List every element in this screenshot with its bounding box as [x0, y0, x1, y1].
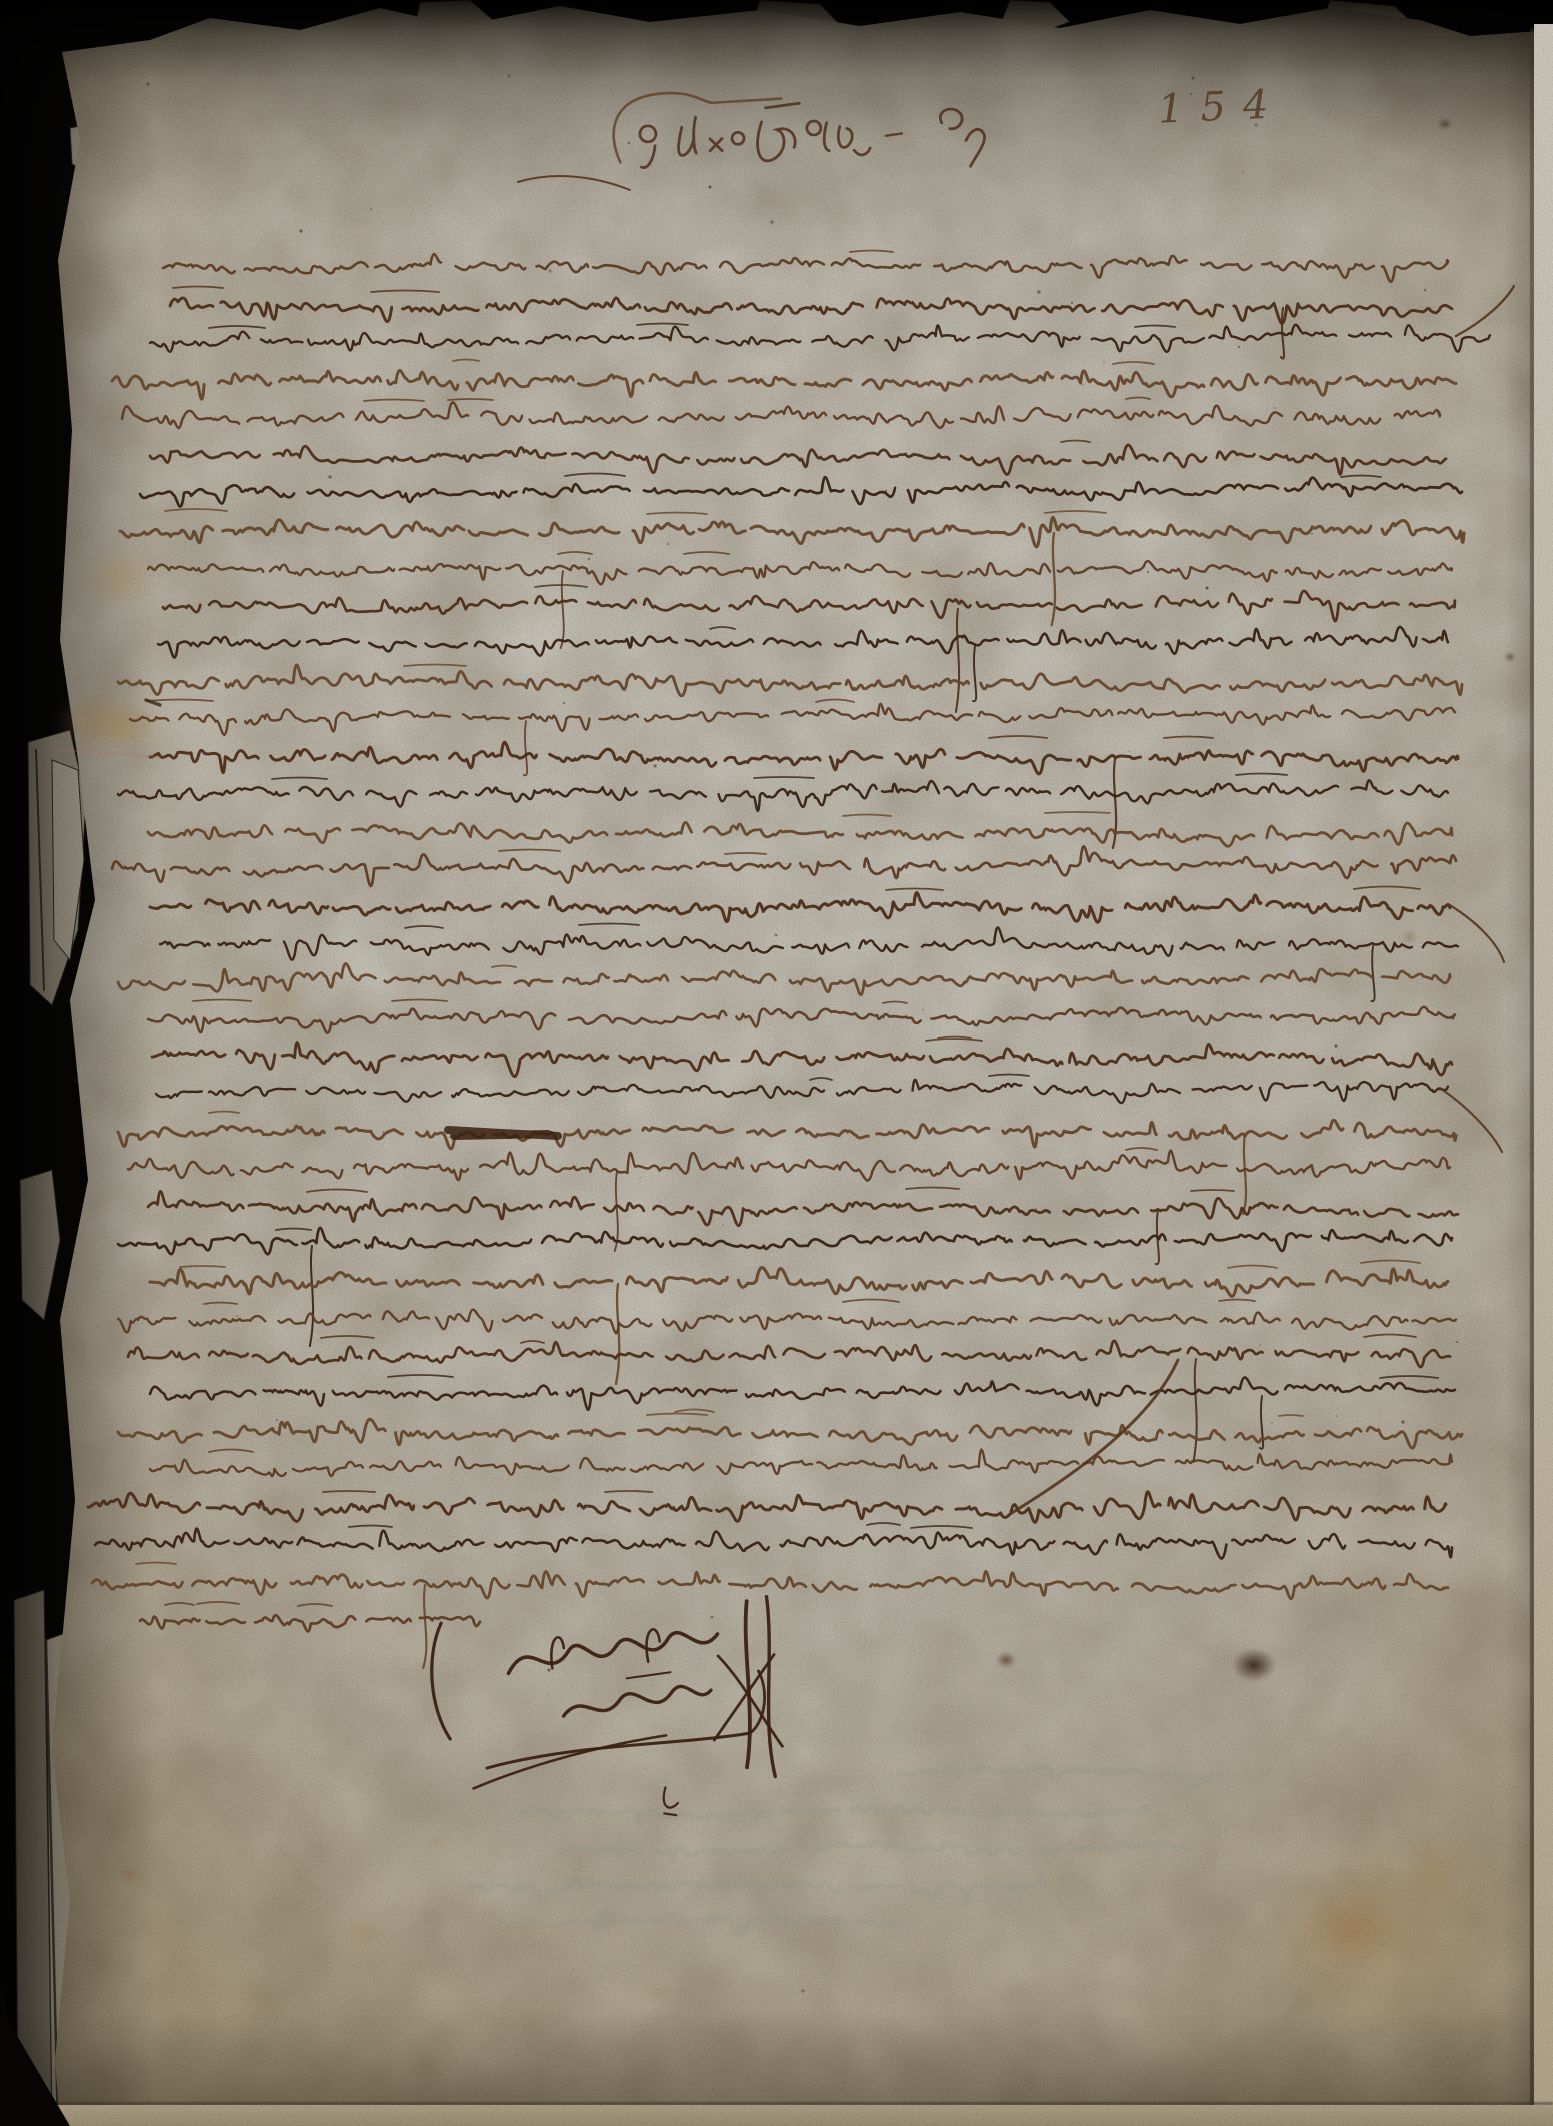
- grime-shading-overlay: [0, 0, 1553, 2126]
- manuscript-photo: 154: [0, 0, 1553, 2126]
- bottom-page-edge-strip: [56, 2105, 1553, 2126]
- folio-number: 154: [1157, 81, 1286, 133]
- right-page-edge-strip: [1534, 24, 1553, 2126]
